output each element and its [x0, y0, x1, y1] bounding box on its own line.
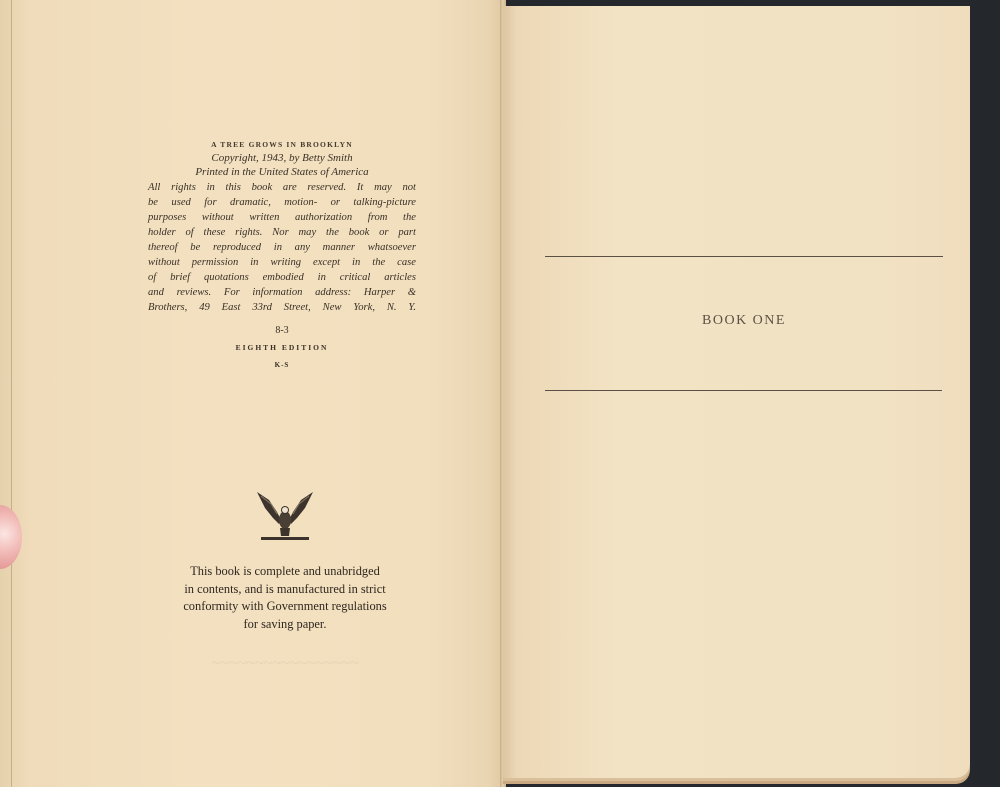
copyright-block: A TREE GROWS IN BROOKLYN Copyright, 1943… [148, 140, 416, 369]
notice-line: in contents, and is manufactured in stri… [160, 581, 410, 599]
edition-label: EIGHTH EDITION [148, 343, 416, 352]
copyright-line: Copyright, 1943, by Betty Smith [148, 151, 416, 165]
rights-line: All rights in this book are reserved. It… [148, 180, 416, 195]
rights-line: Brothers, 49 East 33rd Street, New York,… [148, 300, 416, 315]
series-code: K-S [148, 361, 416, 369]
left-page: ~~~~~~~~~~~~~~~~~ A TREE GROWS IN BROOKL… [0, 0, 503, 787]
notice-line: for saving paper. [160, 616, 410, 634]
print-code: 8-3 [148, 325, 416, 336]
rights-line: of brief quotations embodied in critical… [148, 270, 416, 285]
top-rule [545, 256, 943, 257]
rights-line: and reviews. For information address: Ha… [148, 285, 416, 300]
rights-line: holder of these rights. Nor may the book… [148, 225, 416, 240]
rights-line: thereof be reproduced in any manner what… [148, 240, 416, 255]
rights-paragraph: All rights in this book are reserved. It… [148, 180, 416, 315]
thumb [0, 505, 22, 569]
page-edge [11, 0, 12, 787]
paper-notice: This book is complete and unabridged in … [160, 563, 410, 633]
bleed-through-text: ~~~~~~~~~~~~~~~~~ [150, 655, 420, 673]
rights-line: be used for dramatic, motion- or talking… [148, 195, 416, 210]
printed-line: Printed in the United States of America [148, 165, 416, 179]
eagle-icon [255, 490, 315, 542]
bottom-rule [545, 390, 942, 391]
notice-line: This book is complete and unabridged [160, 563, 410, 581]
book-title: A TREE GROWS IN BROOKLYN [148, 140, 416, 149]
right-page [503, 6, 970, 778]
section-heading: BOOK ONE [545, 313, 943, 329]
rights-line: purposes without written authorization f… [148, 210, 416, 225]
notice-line: conformity with Government regulations [160, 598, 410, 616]
rights-line: without permission in writing except in … [148, 255, 416, 270]
